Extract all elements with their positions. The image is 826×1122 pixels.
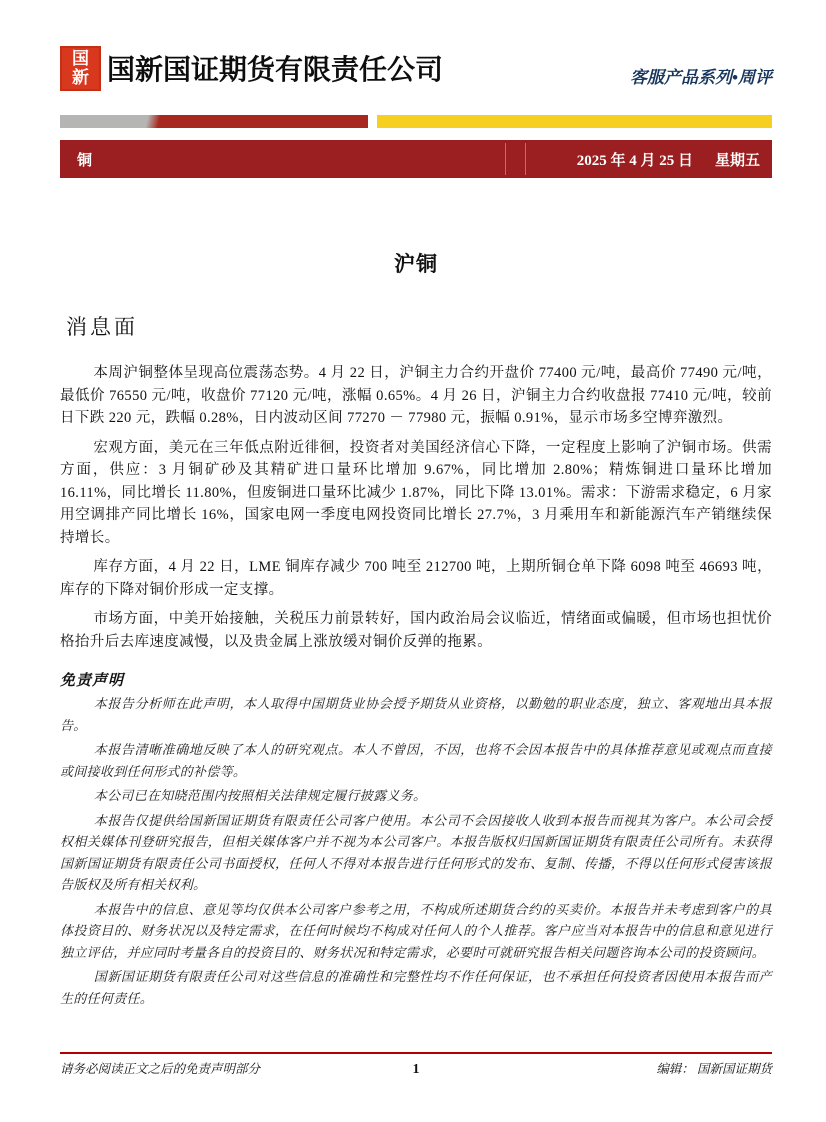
logo-row: 国 新 国新国证期货有限责任公司 客服产品系列•周评 bbox=[60, 44, 772, 92]
tricolor-rule bbox=[60, 115, 772, 128]
company-name: 国新国证期货有限责任公司 bbox=[107, 48, 443, 88]
banner-divider bbox=[505, 143, 506, 175]
rule-gap bbox=[368, 115, 377, 128]
footer-disclaimer-note: 请务必阅读正文之后的免责声明部分 bbox=[60, 1059, 360, 1077]
banner-divider bbox=[525, 143, 526, 175]
rule-yellow-segment bbox=[377, 115, 772, 128]
report-weekday: 星期五 bbox=[715, 149, 760, 170]
banner-date-group: 2025 年 4 月 25 日 星期五 bbox=[577, 149, 772, 170]
news-paragraph: 库存方面，4 月 22 日，LME 铜库存减少 700 吨至 212700 吨，… bbox=[60, 556, 772, 601]
product-label: 铜 bbox=[60, 149, 93, 170]
report-title: 沪铜 bbox=[60, 248, 772, 278]
series-label: 客服产品系列•周评 bbox=[630, 49, 772, 88]
footer-rule bbox=[60, 1052, 772, 1054]
disclaimer-paragraph: 本报告中的信息、意见等均仅供本公司客户参考之用，不构成所述期货合约的买卖价。本报… bbox=[60, 899, 772, 964]
disclaimer-paragraph: 本报告分析师在此声明，本人取得中国期货业协会授予期货从业资格，以勤勉的职业态度，… bbox=[60, 693, 772, 736]
logo-char-top: 国 bbox=[72, 49, 89, 68]
report-date: 2025 年 4 月 25 日 bbox=[577, 149, 693, 170]
product-date-banner: 铜 2025 年 4 月 25 日 星期五 bbox=[60, 140, 772, 178]
page-header: 国 新 国新国证期货有限责任公司 客服产品系列•周评 铜 2025 年 4 月 … bbox=[0, 0, 826, 178]
disclaimer-paragraph: 国新国证期货有限责任公司对这些信息的准确性和完整性均不作任何保证，也不承担任何投… bbox=[60, 966, 772, 1009]
section-heading-news: 消息面 bbox=[60, 311, 772, 341]
news-paragraph: 宏观方面，美元在三年低点附近徘徊，投资者对美国经济信心下降，一定程度上影响了沪铜… bbox=[60, 437, 772, 550]
logo-char-bottom: 新 bbox=[72, 68, 89, 87]
disclaimer-paragraph: 本公司已在知晓范围内按照相关法律规定履行披露义务。 bbox=[60, 785, 772, 807]
rule-gray-red-segment bbox=[60, 115, 368, 128]
page-footer: 请务必阅读正文之后的免责声明部分 1 编辑： 国新国证期货 bbox=[60, 1052, 772, 1078]
page-number: 1 bbox=[360, 1062, 472, 1078]
disclaimer-heading: 免责声明 bbox=[60, 669, 772, 690]
company-logo-icon: 国 新 bbox=[60, 46, 101, 91]
report-body: 沪铜 消息面 本周沪铜整体呈现高位震荡态势。4 月 22 日，沪铜主力合约开盘价… bbox=[0, 248, 826, 1009]
footer-row: 请务必阅读正文之后的免责声明部分 1 编辑： 国新国证期货 bbox=[60, 1059, 772, 1078]
disclaimer-paragraph: 本报告清晰准确地反映了本人的研究观点。本人不曾因，不因，也将不会因本报告中的具体… bbox=[60, 739, 772, 782]
news-paragraph: 本周沪铜整体呈现高位震荡态势。4 月 22 日，沪铜主力合约开盘价 77400 … bbox=[60, 362, 772, 430]
footer-editor: 编辑： 国新国证期货 bbox=[472, 1059, 772, 1077]
disclaimer-paragraph: 本报告仅提供给国新国证期货有限责任公司客户使用。本公司不会因接收人收到本报告而视… bbox=[60, 810, 772, 896]
report-page: 国 新 国新国证期货有限责任公司 客服产品系列•周评 铜 2025 年 4 月 … bbox=[0, 0, 826, 1122]
news-paragraph: 市场方面，中美开始接触，关税压力前景转好，国内政治局会议临近，情绪面或偏暖，但市… bbox=[60, 608, 772, 653]
